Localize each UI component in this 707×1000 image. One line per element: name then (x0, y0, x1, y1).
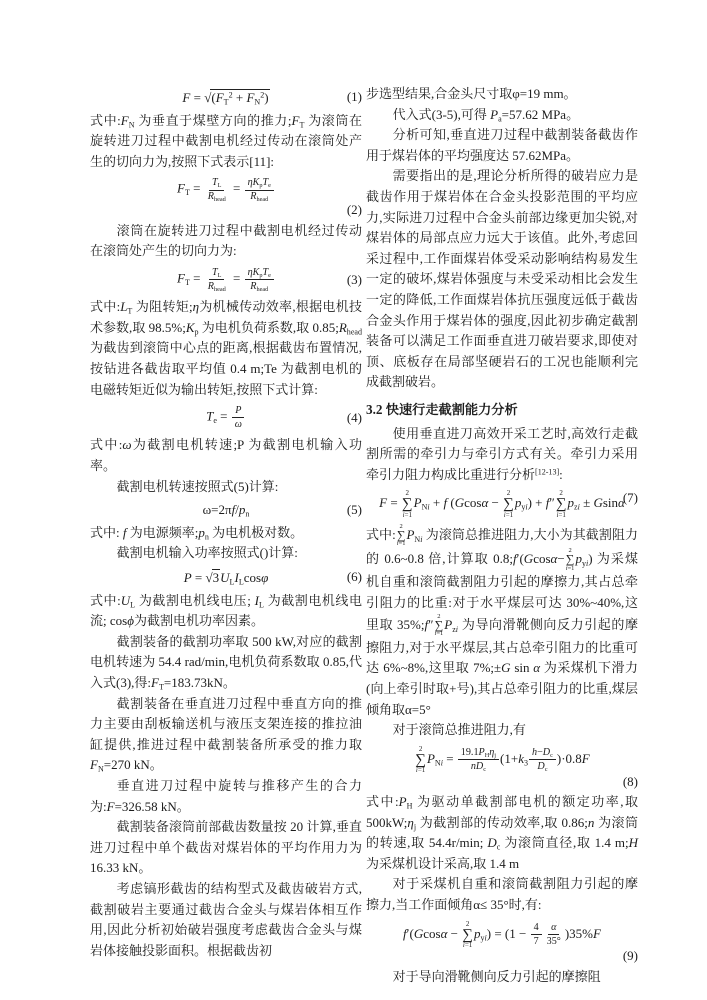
paragraph: 式中:ω为截割电机转速;P 为截割电机输入功率。 (90, 435, 362, 476)
equation-number: (4) (347, 410, 362, 426)
equation-number: (1) (347, 90, 362, 106)
equation: F = 2∑i=1PNi + f (Gcosα − 2∑i=1pyi) + f″… (366, 488, 638, 520)
equation: FT = TLRhead = ηKpTeRhead(3) (90, 265, 362, 294)
paragraph: 滚筒在旋转进刀过程中截割电机经过传动在滚筒处产生的切向力为: (90, 221, 362, 262)
left-column: F = √(FT2 + FN2)(1)式中:FN 为垂直于煤壁方向的推力;FT … (90, 84, 362, 961)
summation: 2∑i=1 (415, 746, 426, 774)
summation: 2∑i=1 (503, 490, 514, 518)
paragraph: 式中: f 为电源频率;pn 为电机极对数。 (90, 523, 362, 544)
paragraph: 截割电机转速按照式(5)计算: (90, 477, 362, 498)
paragraph: 截割电机输入功率按照式()计算: (90, 543, 362, 564)
equation-number: (7) (623, 490, 638, 506)
fraction: α35° (544, 922, 564, 947)
paragraph: 考虑镐形截齿的结构型式及截齿破岩方式,截割破岩主要通过截齿合金头与煤岩体相互作用… (90, 879, 362, 961)
paragraph: 使用垂直进刀高效开采工艺时,高效行走截割所需的牵引力与牵引方式有关。牵引力采用牵… (366, 424, 638, 486)
equation: F = √(FT2 + FN2)(1) (90, 87, 362, 108)
equation-number: (9) (623, 948, 638, 964)
summation: 2∑i=1 (462, 921, 473, 949)
equation-body: 2∑i=1PNi = 19.1PHηjnDc(1+k3h−DcDc)·0.8F (414, 744, 590, 776)
summation: 2∑i=1 (566, 548, 575, 572)
equation-number: (5) (347, 502, 362, 518)
fraction: 47 (531, 922, 542, 947)
paragraph: 截割装备在垂直进刀过程中垂直方向的推力主要由刮板输送机与液压支架连接的推拉油缸提… (90, 694, 362, 776)
fraction: ηKpTeRhead (245, 267, 274, 292)
paragraph: 对于采煤机自重和滚筒截割阻力引起的摩擦力,当工作面倾角α≤ 35°时,有: (366, 874, 638, 915)
fraction: TLRhead (205, 267, 229, 292)
equation-body: Te = Pω (206, 403, 246, 432)
paragraph: 截割装备的截割功率取 500 kW,对应的截割电机转速为 54.4 rad/mi… (90, 632, 362, 694)
paragraph: 垂直进刀过程中旋转与推移产生的合力为:F=326.58 kN。 (90, 776, 362, 817)
paragraph: 对于导向滑靴侧向反力引起的摩擦阻 (366, 967, 638, 988)
equation-body: ω=2πf/pn (203, 500, 250, 520)
fraction: ηKpTeRhead (245, 177, 274, 202)
summation: 2∑i=1 (556, 490, 567, 518)
section-heading: 3.2 快速行走截割能力分析 (366, 400, 638, 421)
equation-body: F = √(FT2 + FN2) (182, 87, 269, 108)
summation: 2∑i=1 (402, 490, 413, 518)
equation: FT = TLRhead = ηKpTeRhead(2) (90, 175, 362, 217)
paragraph: 代入式(3-5),可得 Pa=57.62 MPa。 (366, 105, 638, 126)
equation: ω=2πf/pn(5) (90, 500, 362, 520)
right-column: 步选型结果,合金头尺寸取φ=19 mm。代入式(3-5),可得 Pa=57.62… (366, 84, 638, 988)
equation-body: FT = TLRhead = ηKpTeRhead (177, 175, 275, 204)
equation-number: (3) (347, 272, 362, 288)
equation: 2∑i=1PNi = 19.1PHηjnDc(1+k3h−DcDc)·0.8F(… (366, 744, 638, 789)
paragraph: 式中:2∑i=1PNi 为滚筒总推进阻力,大小为其截割阻力的 0.6~0.8 倍… (366, 524, 638, 721)
paragraph: 截割装备滚筒前部截齿数量按 20 计算,垂直进刀过程中单个截齿对煤岩体的平均作用… (90, 817, 362, 879)
paragraph: 式中:UL 为截割电机线电压; IL 为截割电机线电流; cosϕ为截割电机功率… (90, 591, 362, 632)
equation-number: (6) (347, 570, 362, 586)
fraction: 19.1PHηjnDc (458, 747, 499, 772)
equation-body: f′(Gcosα − 2∑i=1pyi) = (1 − 47α35°)35%F (403, 919, 601, 951)
square-root: √3 (206, 569, 221, 586)
fraction: h−DcDc (529, 747, 556, 772)
equation-body: P = √3ULILcosφ (184, 567, 269, 588)
paragraph: 需要指出的是,理论分析所得的破岩应力是截齿作用于煤岩体在合金头投影范围的平均应力… (366, 166, 638, 393)
paragraph: 分析可知,垂直进刀过程中截割装备截齿作用于煤岩体的平均强度达 57.62MPa。 (366, 125, 638, 166)
paper-page: F = √(FT2 + FN2)(1)式中:FN 为垂直于煤壁方向的推力;FT … (0, 0, 707, 1000)
equation-number: (2) (347, 202, 362, 218)
paragraph: 式中:FN 为垂直于煤壁方向的推力;FT 为滚筒在旋转进刀过程中截割电机经过传动… (90, 111, 362, 173)
equation: f′(Gcosα − 2∑i=1pyi) = (1 − 47α35°)35%F(… (366, 919, 638, 964)
equation: Te = Pω(4) (90, 403, 362, 432)
equation-body: F = 2∑i=1PNi + f (Gcosα − 2∑i=1pyi) + f″… (379, 488, 625, 520)
equation-number: (8) (623, 774, 638, 790)
summation: 2∑i=1 (397, 524, 406, 548)
paragraph: 对于滚筒总推进阻力,有 (366, 720, 638, 741)
paragraph: 步选型结果,合金头尺寸取φ=19 mm。 (366, 84, 638, 105)
fraction: Pω (232, 405, 245, 430)
fraction: TLRhead (205, 177, 229, 202)
equation-body: FT = TLRhead = ηKpTeRhead (177, 265, 275, 294)
summation: 2∑i=1 (435, 614, 444, 638)
paragraph: 式中:PH 为驱动单截割部电机的额定功率,取 500kW;ηj 为截割部的传动效… (366, 792, 638, 874)
square-root: √(FT2 + FN2) (204, 89, 269, 106)
equation: P = √3ULILcosφ(6) (90, 567, 362, 588)
paragraph: 式中:LT 为阻转矩;η为机械传动效率,根据电机技术参数,取 98.5%;Kp … (90, 297, 362, 400)
